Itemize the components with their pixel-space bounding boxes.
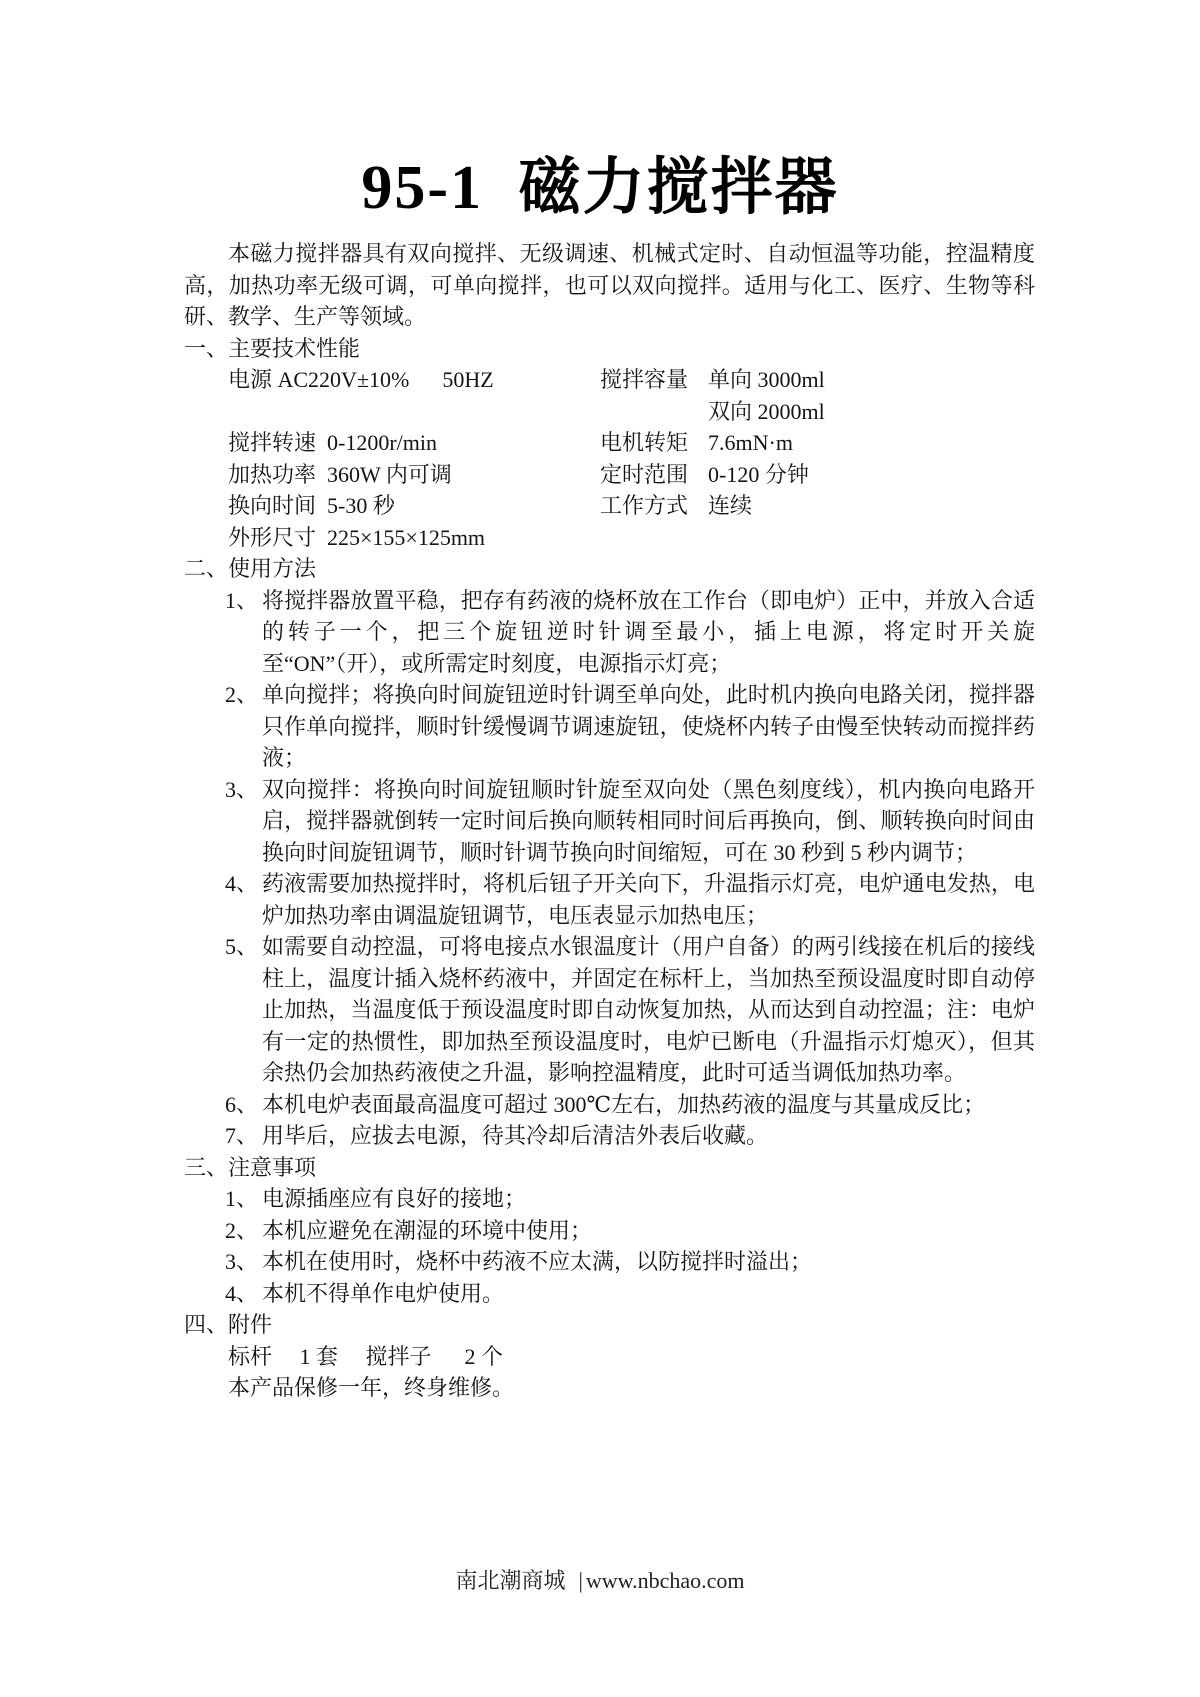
- spec-left-cell: 换向时间 5-30 秒: [228, 490, 395, 522]
- spec-row: 双向 2000ml: [184, 396, 1035, 428]
- footer-divider: |: [578, 1568, 582, 1593]
- warranty-line: 本产品保修一年，终身维修。: [184, 1372, 1035, 1404]
- accessories-items-line: 标杆 1 套 搅拌子 2 个: [184, 1341, 1035, 1373]
- document-title: 95-1 磁力搅拌器: [0, 148, 1200, 228]
- spec-right-label: 工作方式: [600, 490, 688, 522]
- item-text: 双向搅拌：将换向时间旋钮顺时针旋至双向处（黑色刻度线），机内换向电路开启，搅拌器…: [262, 777, 1035, 865]
- footer-url: www.nbchao.com: [586, 1568, 745, 1593]
- footer-site-name: 南北潮商城: [455, 1568, 565, 1593]
- notes-heading: 三、注意事项: [184, 1152, 1035, 1184]
- item-text: 将搅拌器放置平稳，把存有药液的烧杯放在工作台（即电炉）正中，并放入合适的转子一个…: [262, 588, 1035, 676]
- usage-item: 7、 用毕后，应拔去电源，待其冷却后清洁外表后收藏。: [184, 1120, 1035, 1152]
- item-number: 3、: [225, 1246, 258, 1278]
- spec-right-value: 单向 3000ml: [708, 364, 825, 396]
- accessories-heading: 四、附件: [184, 1309, 1035, 1341]
- item-number: 7、: [225, 1120, 258, 1152]
- intro-paragraph: 本磁力搅拌器具有双向搅拌、无级调速、机械式定时、自动恒温等功能，控温精度高，加热…: [184, 238, 1035, 333]
- spec-row: 外形尺寸 225×155×125mm: [184, 522, 1035, 554]
- spec-right-value: 双向 2000ml: [708, 396, 825, 428]
- specs-table: 电源 AC220V±10% 50HZ 搅拌容量 单向 3000ml 双向 200…: [184, 364, 1035, 553]
- usage-list: 1、 将搅拌器放置平稳，把存有药液的烧杯放在工作台（即电炉）正中，并放入合适的转…: [184, 585, 1035, 1152]
- spec-left-cell: 搅拌转速 0-1200r/min: [228, 427, 437, 459]
- spec-right-label: 电机转矩: [600, 427, 688, 459]
- item-text: 单向搅拌；将换向时间旋钮逆时针调至单向处，此时机内换向电路关闭，搅拌器只作单向搅…: [262, 682, 1035, 770]
- item-number: 1、: [225, 1183, 258, 1215]
- usage-heading: 二、使用方法: [184, 553, 1035, 585]
- usage-item: 6、 本机电炉表面最高温度可超过 300℃左右，加热药液的温度与其量成反比；: [184, 1089, 1035, 1121]
- note-item: 4、 本机不得单作电炉使用。: [184, 1278, 1035, 1310]
- usage-item: 2、 单向搅拌；将换向时间旋钮逆时针调至单向处，此时机内换向电路关闭，搅拌器只作…: [184, 679, 1035, 774]
- item-number: 3、: [225, 774, 258, 806]
- item-text: 本机应避免在潮湿的环境中使用；: [262, 1218, 592, 1243]
- item-number: 1、: [225, 585, 258, 617]
- note-item: 3、 本机在使用时，烧杯中药液不应太满，以防搅拌时溢出；: [184, 1246, 1035, 1278]
- item-number: 4、: [225, 868, 258, 900]
- item-text: 本机不得单作电炉使用。: [262, 1281, 504, 1306]
- item-number: 4、: [225, 1278, 258, 1310]
- spec-left-cell: 电源 AC220V±10% 50HZ: [228, 364, 494, 396]
- spec-right-value: 连续: [708, 490, 752, 522]
- spec-left-cell: 加热功率 360W 内可调: [228, 459, 452, 491]
- spec-row: 换向时间 5-30 秒 工作方式 连续: [184, 490, 1035, 522]
- item-text: 药液需要加热搅拌时，将机后钮子开关向下，升温指示灯亮，电炉通电发热，电炉加热功率…: [262, 871, 1035, 928]
- item-text: 本机电炉表面最高温度可超过 300℃左右，加热药液的温度与其量成反比；: [262, 1092, 985, 1117]
- spec-row: 搅拌转速 0-1200r/min 电机转矩 7.6mN·m: [184, 427, 1035, 459]
- document-page: 95-1 磁力搅拌器 本磁力搅拌器具有双向搅拌、无级调速、机械式定时、自动恒温等…: [0, 0, 1200, 1697]
- item-text: 本机在使用时，烧杯中药液不应太满，以防搅拌时溢出；: [262, 1249, 812, 1274]
- spec-left-cell: 外形尺寸 225×155×125mm: [228, 522, 485, 554]
- item-text: 电源插座应有良好的接地；: [262, 1186, 526, 1211]
- spec-right-value: 0-120 分钟: [708, 459, 809, 491]
- item-text: 用毕后，应拔去电源，待其冷却后清洁外表后收藏。: [262, 1123, 768, 1148]
- specs-heading: 一、主要技术性能: [184, 333, 1035, 365]
- document-body: 本磁力搅拌器具有双向搅拌、无级调速、机械式定时、自动恒温等功能，控温精度高，加热…: [184, 238, 1035, 1404]
- page-footer: 南北潮商城|www.nbchao.com: [0, 1566, 1200, 1596]
- item-number: 2、: [225, 679, 258, 711]
- usage-item: 5、 如需要自动控温，可将电接点水银温度计（用户自备）的两引线接在机后的接线柱上…: [184, 931, 1035, 1089]
- spec-row: 电源 AC220V±10% 50HZ 搅拌容量 单向 3000ml: [184, 364, 1035, 396]
- spec-right-label: 搅拌容量: [600, 364, 688, 396]
- item-number: 2、: [225, 1215, 258, 1247]
- spec-row: 加热功率 360W 内可调 定时范围 0-120 分钟: [184, 459, 1035, 491]
- notes-list: 1、 电源插座应有良好的接地； 2、 本机应避免在潮湿的环境中使用； 3、 本机…: [184, 1183, 1035, 1309]
- usage-item: 4、 药液需要加热搅拌时，将机后钮子开关向下，升温指示灯亮，电炉通电发热，电炉加…: [184, 868, 1035, 931]
- item-text: 如需要自动控温，可将电接点水银温度计（用户自备）的两引线接在机后的接线柱上，温度…: [262, 934, 1035, 1085]
- item-number: 5、: [225, 931, 258, 963]
- note-item: 1、 电源插座应有良好的接地；: [184, 1183, 1035, 1215]
- spec-right-value: 7.6mN·m: [708, 427, 793, 459]
- note-item: 2、 本机应避免在潮湿的环境中使用；: [184, 1215, 1035, 1247]
- spec-right-label: 定时范围: [600, 459, 688, 491]
- usage-item: 3、 双向搅拌：将换向时间旋钮顺时针旋至双向处（黑色刻度线），机内换向电路开启，…: [184, 774, 1035, 869]
- usage-item: 1、 将搅拌器放置平稳，把存有药液的烧杯放在工作台（即电炉）正中，并放入合适的转…: [184, 585, 1035, 680]
- item-number: 6、: [225, 1089, 258, 1121]
